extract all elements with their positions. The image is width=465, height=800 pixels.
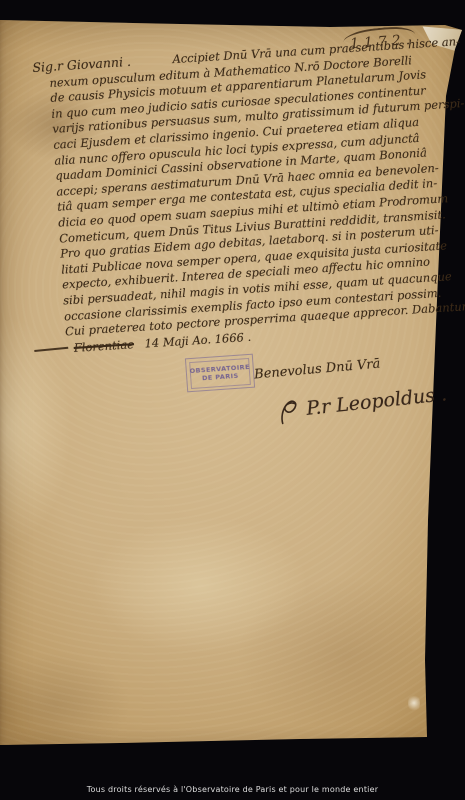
observatory-stamp-frame: OBSERVATOIRE DE PARIS (189, 357, 251, 388)
signature-flourish-icon (277, 394, 306, 427)
copyright-caption: Tous droits réservés à l'Observatoire de… (0, 785, 465, 794)
observatory-stamp: OBSERVATOIRE DE PARIS (185, 354, 255, 393)
stamp-line-2: DE PARIS (202, 372, 239, 383)
edge-wear-speck (408, 694, 420, 712)
dateline-place: Florentiae (73, 337, 134, 355)
letter-text: Sig.r Giovanni . Accipiet Dnū Vrā una cu… (32, 34, 460, 357)
pen-flourish (34, 342, 68, 351)
manuscript-photo: 1172. Sig.r Giovanni . Accipiet Dnū Vrā … (0, 0, 465, 800)
